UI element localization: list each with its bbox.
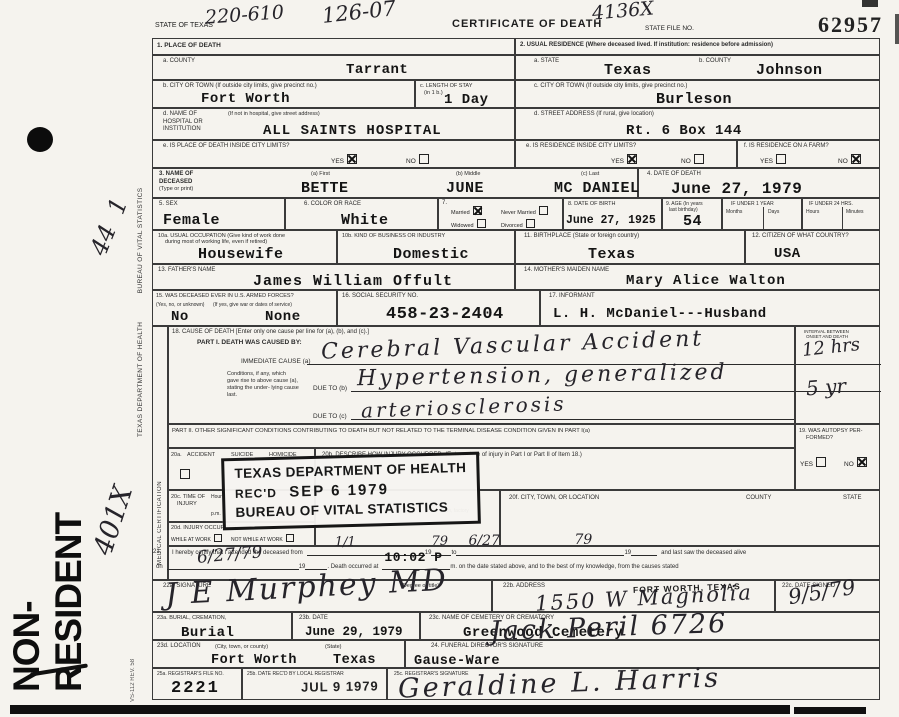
- never-married-option: Never Married: [501, 206, 548, 216]
- residence-city-value: Burleson: [656, 91, 732, 108]
- date-received-stamp: JUL 9 1979: [301, 678, 379, 694]
- burial-date-label: 23b. DATE: [299, 615, 328, 623]
- never-married-label: Never Married: [501, 210, 536, 216]
- handwritten-number-2: 126-07: [321, 0, 397, 28]
- registrar-file-no-value: 2221: [171, 679, 220, 698]
- empty-checkbox-icon: [816, 457, 826, 467]
- first-name-value: BETTE: [301, 180, 349, 197]
- scan-smudge: [862, 0, 878, 7]
- cert-text-2: and last saw the deceased alive: [661, 550, 746, 556]
- to-year-handwriting: 79: [574, 532, 592, 548]
- empty-checkbox-icon: [694, 154, 704, 164]
- usual-residence-heading: 2. USUAL RESIDENCE (Where deceased lived…: [520, 42, 773, 50]
- occupation-value: Housewife: [198, 246, 284, 263]
- no-label: NO: [844, 461, 854, 468]
- field-residence-city-limits: e. IS RESIDENCE INSIDE CITY LIMITS? YES …: [515, 140, 737, 168]
- divorced-option: Divorced: [501, 219, 535, 229]
- field-father-name: 13. FATHER'S NAME James William Offult: [152, 264, 515, 290]
- empty-checkbox-icon: [286, 534, 294, 542]
- field-injury-location: 20f. CITY, TOWN, OR LOCATION COUNTY STAT…: [500, 490, 880, 546]
- industry-value: Domestic: [393, 246, 469, 263]
- married-option: Married: [451, 206, 482, 216]
- part2-label: PART II. OTHER SIGNIFICANT CONDITIONS CO…: [172, 428, 590, 435]
- months-label: Months: [726, 209, 742, 215]
- sex-label: 5. SEX: [159, 201, 178, 209]
- stamp-line2: REC'D SEP 6 1979: [235, 479, 467, 502]
- immediate-cause-label: IMMEDIATE CAUSE (a): [241, 358, 311, 366]
- middle-name-value: JUNE: [446, 180, 484, 197]
- checked-checkbox-icon: [851, 154, 861, 164]
- pm-label: p.m.: [211, 511, 221, 517]
- death-limits-no: NO: [406, 154, 429, 165]
- state-file-number: 62957: [818, 12, 883, 38]
- handwritten-file-number: 4136X: [591, 0, 655, 25]
- medical-certification-strip: MEDICAL CERTIFICATION: [152, 326, 168, 580]
- checked-checkbox-icon: [627, 154, 637, 164]
- conditions-note: Conditions, if any, which gave rise to a…: [227, 371, 299, 399]
- field-funeral-director: 24. FUNERAL DIRECTOR'S SIGNATURE Gause-W…: [405, 640, 880, 668]
- armed-forces-service-value: None: [265, 309, 301, 325]
- field-mother-name: 14. MOTHER'S MAIDEN NAME Mary Alice Walt…: [515, 264, 880, 290]
- column-divider: [763, 207, 764, 232]
- to-date-blank: 6/27 79: [456, 548, 624, 556]
- cert-text-4: m. on the date stated above, and to the …: [450, 564, 678, 570]
- residence-state-value: Texas: [604, 62, 652, 79]
- yes-label: YES: [331, 158, 344, 165]
- state-of-texas-label: STATE OF TEXAS: [155, 22, 213, 29]
- field-residence-state-county: a. STATE Texas b. COUNTY Johnson: [515, 55, 880, 80]
- days-label: Days: [768, 209, 779, 215]
- first-name-label: (a) First: [311, 171, 330, 177]
- armed-forces-sub1: (Yes, no, or unknown): [156, 302, 204, 308]
- field-occupation: 10a. USUAL OCCUPATION (Give kind of work…: [152, 230, 337, 264]
- part1-label: PART I. DEATH WAS CAUSED BY:: [197, 339, 302, 347]
- place-of-death-heading: 1. PLACE OF DEATH: [157, 42, 221, 50]
- empty-checkbox-icon: [526, 219, 535, 228]
- column-divider: [842, 207, 843, 232]
- hours-label: Hours: [806, 209, 819, 215]
- death-county-value: Tarrant: [346, 62, 408, 78]
- length-of-stay-value: 1 Day: [444, 92, 489, 108]
- checked-checkbox-icon: [857, 457, 867, 467]
- name-sub-label: (Type or print): [159, 186, 193, 192]
- residence-county-label: b. COUNTY: [699, 58, 731, 66]
- medical-certification-vertical: MEDICAL CERTIFICATION: [157, 345, 163, 565]
- autopsy-label: 19. WAS AUTOPSY PER-: [799, 428, 862, 435]
- field-citizenship: 12. CITIZEN OF WHAT COUNTRY? USA: [745, 230, 880, 264]
- field-burial-type: 23a. BURIAL, CREMATION, Burial: [152, 612, 292, 640]
- autopsy-yes: YES: [800, 457, 826, 468]
- field-sex: 5. SEX Female: [152, 198, 285, 230]
- birthplace-value: Texas: [588, 246, 636, 263]
- burial-type-label: 23a. BURIAL, CREMATION,: [157, 615, 226, 622]
- address-label: 22b. ADDRESS: [503, 583, 545, 591]
- registrar-file-no-label: 25a. REGISTRAR'S FILE NO.: [157, 671, 224, 677]
- date-of-birth-label: 8. DATE OF BIRTH: [568, 201, 615, 208]
- divorced-label: Divorced: [501, 223, 523, 229]
- handwritten-number-1: 220-610: [204, 1, 284, 28]
- field-21-label: 21.: [153, 549, 161, 557]
- last-seen-handwriting: 6/27/79: [196, 542, 263, 568]
- death-city-limits-label: e. IS PLACE OF DEATH INSIDE CITY LIMITS?: [163, 143, 289, 151]
- field-interval-column: INTERVAL BETWEEN ONSET AND DEATH 12 hrs …: [795, 326, 880, 424]
- autopsy-no: NO: [844, 457, 867, 468]
- due-to-b-label: DUE TO (b): [313, 385, 347, 393]
- cert-on: on: [156, 564, 163, 570]
- field-if-under-1-year: IF UNDER 1 YEAR Months Days: [722, 198, 802, 230]
- residence-limits-yes: YES: [611, 154, 637, 165]
- to-date-handwriting: 6/27: [468, 533, 499, 549]
- scan-edge-bar-2: [794, 707, 866, 714]
- burial-location-state: Texas: [333, 653, 376, 668]
- margin-handwriting-401x: 401X: [88, 482, 139, 559]
- checked-checkbox-icon: [347, 154, 357, 164]
- last-name-label: (c) Last: [581, 171, 599, 177]
- funeral-home-value: Gause-Ware: [414, 654, 500, 669]
- burial-location-sub1: (City, town, or county): [215, 644, 268, 650]
- form-number-text: VS-112 REV. 58: [130, 659, 136, 702]
- year2-blank: [631, 548, 657, 556]
- armed-forces-sub2: (If yes, give war or dates of service): [213, 302, 292, 308]
- field-date-of-birth: 8. DATE OF BIRTH June 27, 1925: [563, 198, 662, 230]
- agency-vertical-label: TEXAS DEPARTMENT OF HEALTH BUREAU OF VIT…: [137, 125, 144, 437]
- field-race: 6. COLOR OR RACE White: [285, 198, 438, 230]
- birthplace-label: 11. BIRTHPLACE (State or foreign country…: [524, 233, 639, 241]
- father-name-label: 13. FATHER'S NAME: [158, 267, 215, 275]
- field-marital-status: 7. Married Never Married Widowed Divorce…: [438, 198, 563, 230]
- field-20a-label: 20a.: [171, 452, 182, 459]
- under-24-hrs-label: IF UNDER 24 HRS.: [809, 201, 853, 207]
- field-street-address: d. STREET ADDRESS (If rural, give locati…: [515, 108, 880, 140]
- empty-checkbox-icon: [180, 469, 190, 479]
- race-label: 6. COLOR OR RACE: [304, 201, 361, 209]
- hospital-value: ALL SAINTS HOSPITAL: [263, 123, 442, 139]
- field-date-received: 25b. DATE REC'D BY LOCAL REGISTRAR JUL 9…: [242, 668, 387, 700]
- field-industry: 10b. KIND OF BUSINESS OR INDUSTRY Domest…: [337, 230, 515, 264]
- father-name-value: James William Offult: [253, 273, 453, 290]
- burial-type-value: Burial: [181, 625, 234, 641]
- married-label: Married: [451, 210, 470, 216]
- scan-smudge-edge: [895, 14, 899, 44]
- field-20f-label: 20f. CITY, TOWN, OR LOCATION: [509, 495, 599, 503]
- date-of-death-label: 4. DATE OF DEATH: [647, 171, 701, 179]
- field-name-of-deceased: 3. NAME OF DECEASED (Type or print) (a) …: [152, 168, 638, 198]
- armed-forces-label: 15. WAS DECEASED EVER IN U.S. ARMED FORC…: [156, 293, 294, 300]
- citizenship-value: USA: [774, 246, 801, 262]
- sex-value: Female: [163, 212, 220, 229]
- no-label: NO: [681, 158, 691, 165]
- street-address-value: Rt. 6 Box 144: [626, 123, 742, 139]
- farm-yes: YES: [760, 154, 786, 165]
- no-label: NO: [406, 158, 416, 165]
- hospital-sub-label: (If not in hospital, give street address…: [228, 111, 320, 117]
- occupation-label2: during most of working life, even if ret…: [165, 239, 267, 246]
- field-20c-label2: INJURY: [177, 501, 197, 508]
- ssn-label: 16. SOCIAL SECURITY NO.: [342, 293, 418, 301]
- farm-no: NO: [838, 154, 861, 165]
- section-usual-residence: 2. USUAL RESIDENCE (Where deceased lived…: [515, 38, 880, 55]
- dept-vertical-text: TEXAS DEPARTMENT OF HEALTH: [137, 322, 144, 437]
- field-death-city-limits: e. IS PLACE OF DEATH INSIDE CITY LIMITS?…: [152, 140, 515, 168]
- length-of-stay-label: c. LENGTH OF STAY: [420, 83, 472, 90]
- hole-punch: [27, 127, 53, 152]
- empty-checkbox-icon: [214, 534, 222, 542]
- accident-label: ACCIDENT: [187, 452, 215, 459]
- residence-county-value: Johnson: [756, 62, 823, 79]
- residence-city-label: c. CITY OR TOWN (If outside city limits,…: [534, 83, 687, 91]
- empty-checkbox-icon: [539, 206, 548, 215]
- middle-name-label: (b) Middle: [456, 171, 480, 177]
- burial-location-label: 23d. LOCATION: [157, 643, 201, 651]
- date-received-label: 25b. DATE REC'D BY LOCAL REGISTRAR: [247, 671, 344, 677]
- stamp-line1: TEXAS DEPARTMENT OF HEALTH: [234, 460, 466, 481]
- field-ssn: 16. SOCIAL SECURITY NO. 458-23-2404: [337, 290, 540, 326]
- armed-forces-value: No: [171, 309, 189, 325]
- bureau-vertical-text: BUREAU OF VITAL STATISTICS: [137, 188, 144, 294]
- death-county-label: a. COUNTY: [163, 58, 195, 66]
- interval-b-handwriting: 5 yr: [805, 374, 847, 401]
- stamp-line3: BUREAU OF VITAL STATISTICS: [235, 499, 467, 520]
- last-seen-blank: 6/27/79: [167, 562, 299, 570]
- field-part2-conditions: PART II. OTHER SIGNIFICANT CONDITIONS CO…: [168, 424, 795, 448]
- residence-limits-no: NO: [681, 154, 704, 165]
- field-armed-forces: 15. WAS DECEASED EVER IN U.S. ARMED FORC…: [152, 290, 337, 326]
- citizenship-label: 12. CITIZEN OF WHAT COUNTRY?: [752, 233, 849, 241]
- field-death-city: b. CITY OR TOWN (If outside city limits,…: [152, 80, 415, 108]
- length-of-stay-sub: (in 1 b.): [424, 90, 443, 96]
- field-burial-date: 23b. DATE June 29, 1979: [292, 612, 420, 640]
- burial-location-sub2: (State): [325, 644, 342, 650]
- scan-edge-bar: [10, 705, 790, 714]
- autopsy-label2: FORMED?: [806, 435, 833, 442]
- death-city-value: Fort Worth: [201, 91, 290, 107]
- field-cause-of-death: 18. CAUSE OF DEATH [Enter only one cause…: [168, 326, 795, 424]
- field-length-of-stay: c. LENGTH OF STAY (in 1 b.) 1 Day: [415, 80, 515, 108]
- due-to-c-label: DUE TO (c): [313, 413, 347, 421]
- minutes-label: Minutes: [846, 209, 864, 215]
- name-label: 3. NAME OF DECEASED: [159, 171, 214, 186]
- residence-state-label: a. STATE: [534, 58, 559, 66]
- margin-handwriting-1: 1: [102, 194, 134, 218]
- stamp-recd: REC'D: [235, 486, 277, 501]
- empty-checkbox-icon: [776, 154, 786, 164]
- residence-farm-label: f. IS RESIDENCE ON A FARM?: [744, 143, 829, 151]
- field-burial-location: 23d. LOCATION (City, town, or county) (S…: [152, 640, 405, 668]
- injury-county-label: COUNTY: [746, 495, 771, 503]
- from-date-handwriting: 1/1: [335, 535, 356, 550]
- state-file-no-label: STATE FILE NO.: [645, 25, 694, 32]
- widowed-label: Widowed: [451, 223, 474, 229]
- while-at-work-option: WHILE AT WORK: [171, 534, 222, 543]
- hour-label: Hour: [211, 494, 222, 500]
- field-residence-farm: f. IS RESIDENCE ON A FARM? YES NO: [737, 140, 880, 168]
- received-stamp: TEXAS DEPARTMENT OF HEALTH REC'D SEP 6 1…: [221, 452, 481, 531]
- field-age: 9. AGE (In years last birthday) 54: [662, 198, 722, 230]
- while-at-work-label: WHILE AT WORK: [171, 537, 211, 543]
- checked-checkbox-icon: [473, 206, 482, 215]
- field-birthplace: 11. BIRTHPLACE (State or foreign country…: [515, 230, 745, 264]
- empty-checkbox-icon: [419, 154, 429, 164]
- age-value: 54: [683, 213, 702, 230]
- death-certificate-scan: 1 44 NON-RESIDENT 401X VS-112 REV. 58 TE…: [0, 0, 899, 717]
- last-name-value: MC DANIEL: [554, 180, 640, 197]
- mother-name-label: 14. MOTHER'S MAIDEN NAME: [524, 267, 609, 275]
- field-death-county: a. COUNTY Tarrant: [152, 55, 515, 80]
- death-city-label: b. CITY OR TOWN (If outside city limits,…: [163, 83, 317, 91]
- hospital-label: d. NAME OF HOSPITAL OR INSTITUTION: [163, 111, 223, 134]
- street-address-label: d. STREET ADDRESS (If rural, give locati…: [534, 111, 654, 119]
- yes-label: YES: [611, 158, 624, 165]
- year1-handwriting: 79: [431, 534, 448, 549]
- informant-label: 17. INFORMANT: [549, 293, 595, 301]
- field-hospital: d. NAME OF HOSPITAL OR INSTITUTION (If n…: [152, 108, 515, 140]
- burial-date-value: June 29, 1979: [305, 625, 403, 639]
- ssn-value: 458-23-2404: [386, 305, 504, 324]
- mother-name-value: Mary Alice Walton: [626, 273, 786, 289]
- stamp-date: SEP 6 1979: [289, 481, 389, 501]
- injury-state-label: STATE: [843, 495, 861, 503]
- form-number-vertical: VS-112 REV. 58: [130, 616, 136, 702]
- section-place-of-death: 1. PLACE OF DEATH: [152, 38, 515, 55]
- field-date-of-death: 4. DATE OF DEATH June 27, 1979: [638, 168, 880, 198]
- under-1-year-label: IF UNDER 1 YEAR: [731, 201, 774, 207]
- margin-handwriting-44: 44: [85, 221, 122, 260]
- burial-location-city: Fort Worth: [211, 653, 297, 668]
- empty-checkbox-icon: [477, 219, 486, 228]
- not-while-at-work-option: NOT WHILE AT WORK: [231, 534, 294, 543]
- death-limits-yes: YES: [331, 154, 357, 165]
- field-registrar-file-no: 25a. REGISTRAR'S FILE NO. 2221: [152, 668, 242, 700]
- date-of-death-value: June 27, 1979: [671, 180, 802, 198]
- date-of-birth-value: June 27, 1925: [566, 214, 656, 227]
- marital-label: 7.: [442, 200, 447, 208]
- certificate-title: CERTIFICATE OF DEATH: [452, 18, 602, 30]
- informant-value: L. H. McDaniel---Husband: [553, 306, 767, 322]
- industry-label: 10b. KIND OF BUSINESS OR INDUSTRY: [342, 233, 445, 240]
- field-if-under-24-hrs: IF UNDER 24 HRS. Hours Minutes: [802, 198, 880, 230]
- field-residence-city: c. CITY OR TOWN (If outside city limits,…: [515, 80, 880, 108]
- residence-city-limits-label: e. IS RESIDENCE INSIDE CITY LIMITS?: [526, 143, 636, 151]
- no-label: NO: [838, 158, 848, 165]
- cert-19-b: 19: [624, 550, 631, 556]
- widowed-option: Widowed: [451, 219, 486, 229]
- field-20c-label: 20c. TIME OF: [171, 494, 205, 501]
- yes-label: YES: [760, 158, 773, 165]
- race-value: White: [341, 212, 389, 229]
- non-resident-stamp: NON-RESIDENT: [6, 430, 90, 692]
- field-informant: 17. INFORMANT L. H. McDaniel---Husband: [540, 290, 880, 326]
- yes-label: YES: [800, 461, 813, 468]
- field-autopsy: 19. WAS AUTOPSY PER- FORMED? YES NO: [795, 424, 880, 490]
